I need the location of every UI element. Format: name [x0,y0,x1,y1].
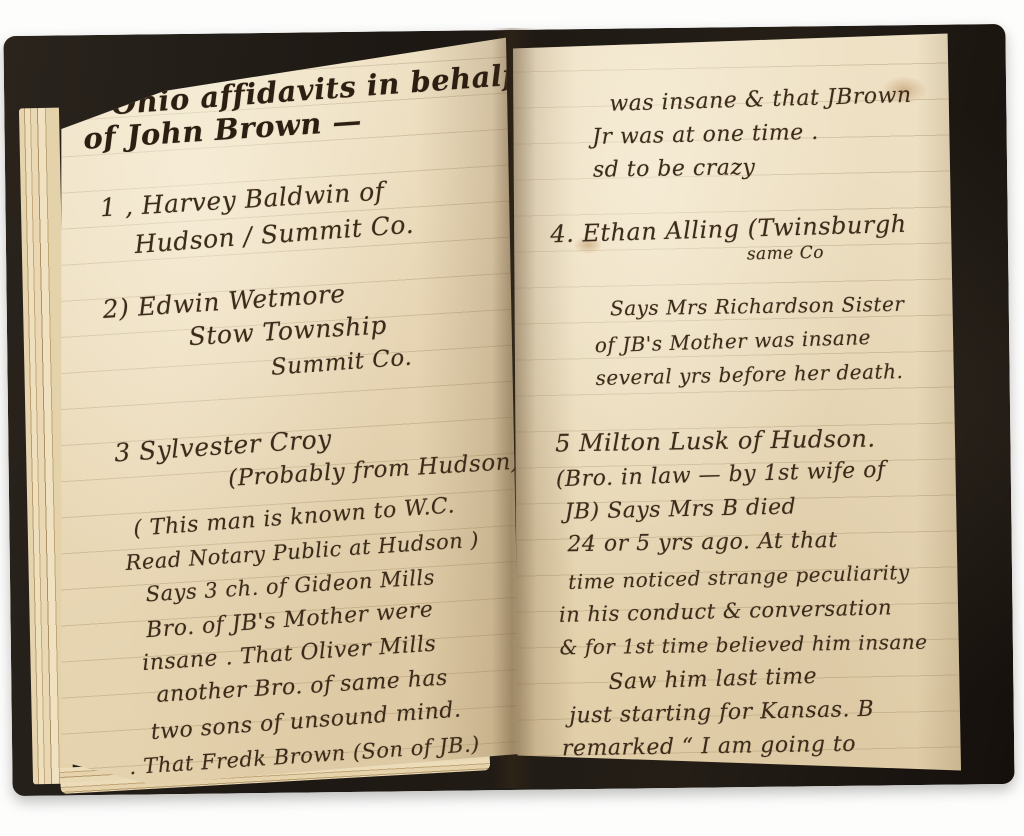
notebook-page-left: Ohio affidavits in behalfof John Brown —… [52,30,520,792]
handwriting-line: same Co [746,233,961,272]
notebook-page-right: was insane & that JBrownJr was at one ti… [513,26,961,778]
handwriting-line: sd to be crazy [593,148,959,188]
handwriting-line: several yrs before her death. [595,353,961,395]
handwriting-right-page: was insane & that JBrownJr was at one ti… [547,79,961,768]
handwriting-left-page: Ohio affidavits in behalfof John Brown —… [80,59,520,785]
photograph-of-open-notebook: { "photo": { "subject": "Open handwritte… [0,0,1024,836]
